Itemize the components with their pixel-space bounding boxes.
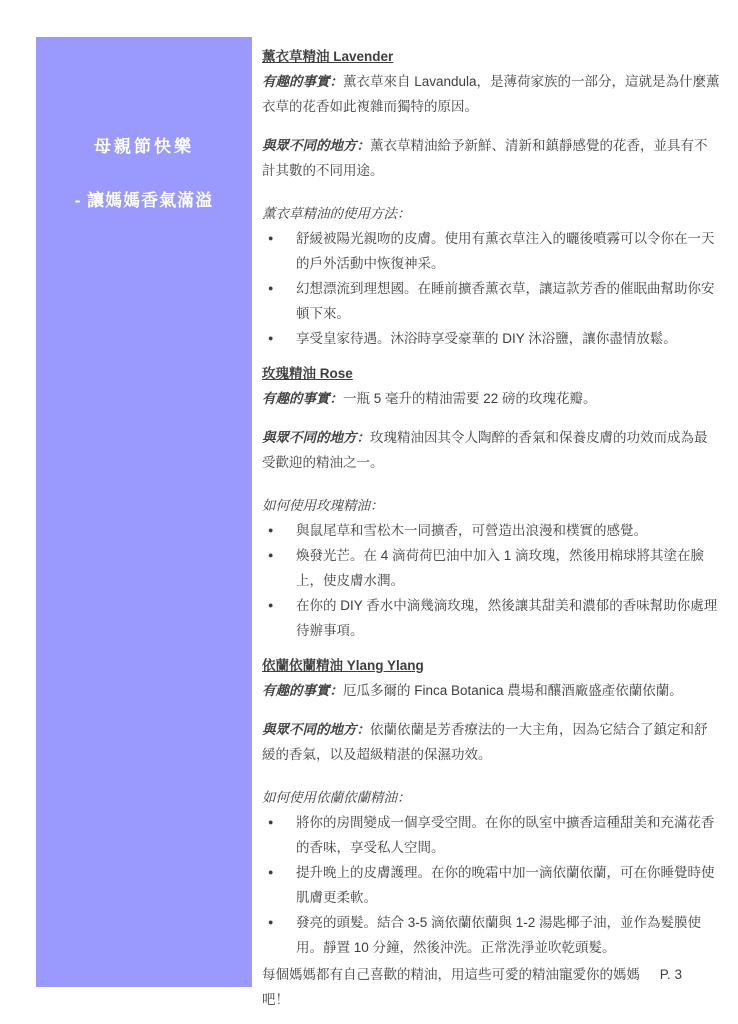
usage-tip: ●舒緩被陽光親吻的皮膚。使用有薰衣草注入的曬後噴霧可以令你在一天的戶外活動中恢復… [262, 226, 720, 276]
difference-paragraph: 與眾不同的地方：依蘭依蘭是芳香療法的一大主角，因為它結合了鎮定和舒緩的香氣，以及… [262, 717, 720, 767]
usage-tip-text: 提升晚上的皮膚護理。在你的晚霜中加一滴依蘭依蘭，可在你睡覺時使肌膚更柔軟。 [296, 860, 720, 910]
usage-tip: ●在你的 DIY 香水中滴幾滴玫瑰，然後讓其甜美和濃郁的香味幫助你處理待辦事項。 [262, 593, 720, 643]
usage-tip: ●享受皇家待遇。沐浴時享受豪華的 DIY 沐浴鹽，讓你盡情放鬆。 [262, 326, 720, 351]
usage-heading-rose: 如何使用玫瑰精油： [262, 493, 720, 518]
fun-fact-label: 有趣的事實： [262, 683, 343, 698]
usage-tip-text: 將你的房間變成一個享受空間。在你的臥室中擴香這種甜美和充滿花香的香味，享受私人空… [296, 810, 720, 860]
footer: 每個媽媽都有自己喜歡的精油，用這些可愛的精油寵愛你的媽媽吧！ P. 3 [262, 962, 720, 1012]
document-content: 薰衣草精油 Lavender 有趣的事實：薰衣草來自 Lavandula，是薄荷… [262, 44, 720, 970]
usage-tip-text: 煥發光芒。在 4 滴荷荷巴油中加入 1 滴玫瑰，然後用棉球將其塗在臉上，使皮膚水… [296, 543, 720, 593]
usage-tip-text: 與鼠尾草和雪松木一同擴香，可營造出浪漫和樸實的感覺。 [296, 518, 720, 543]
bullet-icon: ● [262, 518, 296, 543]
usage-tip-text: 在你的 DIY 香水中滴幾滴玫瑰，然後讓其甜美和濃郁的香味幫助你處理待辦事項。 [296, 593, 720, 643]
usage-tip-text: 幻想漂流到理想國。在睡前擴香薰衣草，讓這款芳香的催眠曲幫助你安頓下來。 [296, 276, 720, 326]
usage-tips-list-rose: ●與鼠尾草和雪松木一同擴香，可營造出浪漫和樸實的感覺。 ●煥發光芒。在 4 滴荷… [262, 518, 720, 643]
section-ylang-ylang: 依蘭依蘭精油 Ylang Ylang 有趣的事實：厄瓜多爾的 Finca Bot… [262, 653, 720, 960]
bullet-icon: ● [262, 226, 296, 251]
page-number: P. 3 [660, 962, 720, 987]
section-heading-lavender: 薰衣草精油 Lavender [262, 44, 720, 69]
sidebar-banner: 母親節快樂 - 讓媽媽香氣滿溢 [36, 37, 252, 987]
usage-tip: ●提升晚上的皮膚護理。在你的晚霜中加一滴依蘭依蘭，可在你睡覺時使肌膚更柔軟。 [262, 860, 720, 910]
difference-label: 與眾不同的地方： [262, 138, 370, 153]
usage-tip-text: 發亮的頭髮。結合 3-5 滴依蘭依蘭與 1-2 湯匙椰子油，並作為髮膜使用。靜置… [296, 910, 720, 960]
fun-fact-paragraph: 有趣的事實：薰衣草來自 Lavandula，是薄荷家族的一部分，這就是為什麼薰衣… [262, 69, 720, 119]
usage-tips-list-lavender: ●舒緩被陽光親吻的皮膚。使用有薰衣草注入的曬後噴霧可以令你在一天的戶外活動中恢復… [262, 226, 720, 351]
difference-paragraph: 與眾不同的地方：薰衣草精油給予新鮮、清新和鎮靜感覺的花香，並具有不計其數的不同用… [262, 133, 720, 183]
footer-note: 每個媽媽都有自己喜歡的精油，用這些可愛的精油寵愛你的媽媽吧！ [262, 962, 660, 1012]
section-heading-ylang-ylang: 依蘭依蘭精油 Ylang Ylang [262, 653, 720, 678]
usage-tip: ●與鼠尾草和雪松木一同擴香，可營造出浪漫和樸實的感覺。 [262, 518, 720, 543]
usage-tip: ●將你的房間變成一個享受空間。在你的臥室中擴香這種甜美和充滿花香的香味，享受私人… [262, 810, 720, 860]
section-lavender: 薰衣草精油 Lavender 有趣的事實：薰衣草來自 Lavandula，是薄荷… [262, 44, 720, 351]
difference-paragraph: 與眾不同的地方：玫瑰精油因其令人陶醉的香氣和保養皮膚的功效而成為最受歡迎的精油之… [262, 425, 720, 475]
fun-fact-text: 一瓶 5 毫升的精油需要 22 磅的玫瑰花瓣。 [343, 391, 597, 406]
bullet-icon: ● [262, 910, 296, 935]
bullet-icon: ● [262, 276, 296, 301]
usage-tip: ●煥發光芒。在 4 滴荷荷巴油中加入 1 滴玫瑰，然後用棉球將其塗在臉上，使皮膚… [262, 543, 720, 593]
bullet-icon: ● [262, 860, 296, 885]
fun-fact-label: 有趣的事實： [262, 74, 343, 89]
section-rose: 玫瑰精油 Rose 有趣的事實：一瓶 5 毫升的精油需要 22 磅的玫瑰花瓣。 … [262, 361, 720, 643]
usage-tips-list-ylang-ylang: ●將你的房間變成一個享受空間。在你的臥室中擴香這種甜美和充滿花香的香味，享受私人… [262, 810, 720, 960]
section-heading-rose: 玫瑰精油 Rose [262, 361, 720, 386]
usage-tip-text: 享受皇家待遇。沐浴時享受豪華的 DIY 沐浴鹽，讓你盡情放鬆。 [296, 326, 720, 351]
difference-label: 與眾不同的地方： [262, 430, 370, 445]
fun-fact-text: 厄瓜多爾的 Finca Botanica 農場和釀酒廠盛產依蘭依蘭。 [343, 683, 683, 698]
usage-tip: ●幻想漂流到理想國。在睡前擴香薰衣草，讓這款芳香的催眠曲幫助你安頓下來。 [262, 276, 720, 326]
fun-fact-paragraph: 有趣的事實：一瓶 5 毫升的精油需要 22 磅的玫瑰花瓣。 [262, 386, 720, 411]
bullet-icon: ● [262, 593, 296, 618]
usage-heading-lavender: 薰衣草精油的使用方法： [262, 201, 720, 226]
difference-label: 與眾不同的地方： [262, 722, 370, 737]
bullet-icon: ● [262, 326, 296, 351]
fun-fact-label: 有趣的事實： [262, 391, 343, 406]
usage-tip-text: 舒緩被陽光親吻的皮膚。使用有薰衣草注入的曬後噴霧可以令你在一天的戶外活動中恢復神… [296, 226, 720, 276]
sidebar-subtitle: - 讓媽媽香氣滿溢 [36, 189, 252, 213]
bullet-icon: ● [262, 543, 296, 568]
document-page: 母親節快樂 - 讓媽媽香氣滿溢 薰衣草精油 Lavender 有趣的事實：薰衣草… [0, 0, 738, 1024]
bullet-icon: ● [262, 810, 296, 835]
usage-tip: ●發亮的頭髮。結合 3-5 滴依蘭依蘭與 1-2 湯匙椰子油，並作為髮膜使用。靜… [262, 910, 720, 960]
sidebar-title: 母親節快樂 [36, 135, 252, 159]
fun-fact-paragraph: 有趣的事實：厄瓜多爾的 Finca Botanica 農場和釀酒廠盛產依蘭依蘭。 [262, 678, 720, 703]
usage-heading-ylang-ylang: 如何使用依蘭依蘭精油： [262, 785, 720, 810]
